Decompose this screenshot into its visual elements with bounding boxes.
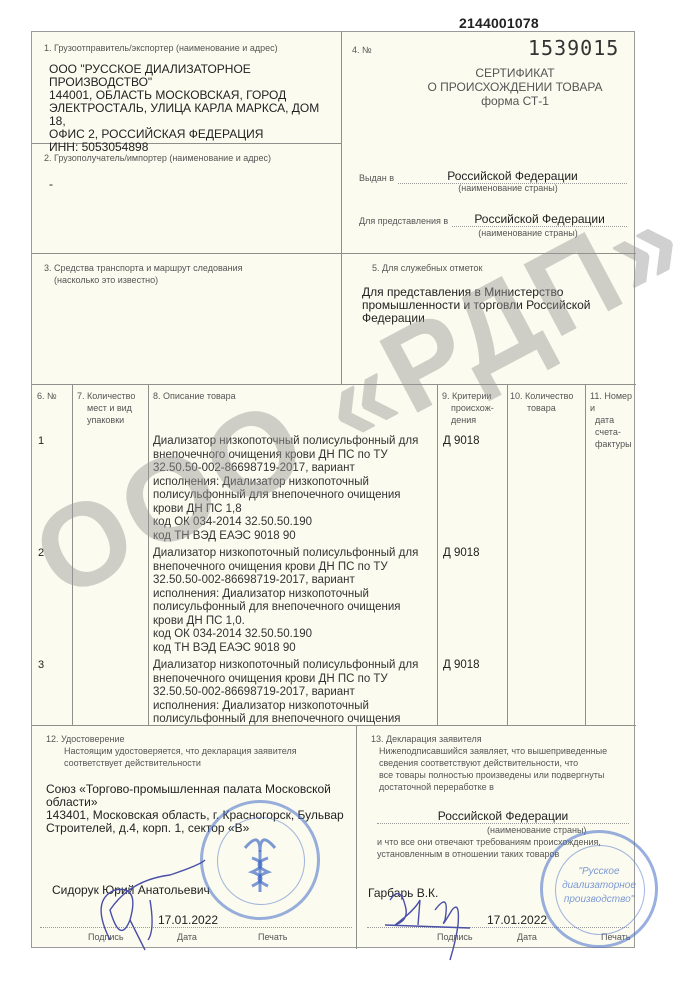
form-serial-number: 1539015	[528, 36, 619, 60]
declaration-text: достаточной переработке в	[379, 781, 633, 793]
description-line: крови ДН ПС 1,0.	[153, 615, 438, 629]
row-number: 1	[38, 435, 44, 448]
title-line: форма СТ-1	[410, 94, 620, 108]
description-line: Диализатор низкопоточный полисульфонный …	[153, 547, 438, 561]
header-packages: 7. Количество мест и вид упаковки	[77, 390, 147, 426]
description-line: полисульфонный для внепочечного очищения	[153, 489, 438, 503]
box-declaration: 13. Декларация заявителя Нижеподписавший…	[371, 733, 633, 793]
description-line: внепочечного очищения крови ДН ПС по ТУ	[153, 673, 438, 687]
description-line: код ОК 034-2014 32.50.50.190	[153, 628, 438, 642]
certification-label: 12. Удостоверение	[46, 733, 351, 745]
description-line: крови ДН ПС 1,8	[153, 503, 438, 517]
title-line: СЕРТИФИКАТ	[410, 66, 620, 80]
presented-in-label: Для представления в	[359, 215, 448, 227]
goods-description: Диализатор низкопоточный полисульфонный …	[153, 435, 438, 543]
declaration-country-caption: (наименование страны)	[487, 824, 586, 836]
presented-in-row: Для представления в Российской Федерации…	[359, 212, 627, 239]
header-text: фактуры	[590, 438, 636, 450]
box-number-label: 4. №	[352, 40, 372, 58]
declaration-text: и что все они отвечают требованиям проис…	[377, 836, 632, 848]
description-line: 32.50.50-002-86698719-2017, вариант	[153, 462, 438, 476]
caption-signature: Подпись	[437, 931, 473, 943]
divider	[148, 384, 149, 725]
presented-in-value: Российской Федерации	[452, 212, 627, 227]
description-line: Диализатор низкопоточный полисульфонный …	[153, 435, 438, 449]
country-caption: (наименование страны)	[429, 227, 627, 239]
header-description: 8. Описание товара	[153, 390, 236, 402]
goods-description: Диализатор низкопоточный полисульфонный …	[153, 659, 438, 727]
box-official-notes: 5. Для служебных отметок Для представлен…	[372, 262, 632, 325]
declaration-country: Российской Федерации	[377, 809, 629, 824]
description-line: код ОК 034-2014 32.50.50.190	[153, 516, 438, 530]
exporter-line: ООО "РУССКОЕ ДИАЛИЗАТОРНОЕ ПРОИЗВОДСТВО"	[49, 63, 339, 89]
importer-label: 2. Грузополучатель/импортер (наименовани…	[44, 152, 339, 164]
box-certification: 12. Удостоверение Настоящим удостоверяет…	[46, 733, 351, 835]
header-no: 6. №	[37, 390, 57, 402]
origin-criteria: Д 9018	[443, 547, 480, 560]
caption-seal: Печать	[601, 931, 630, 943]
official-note-line: Федерации	[362, 312, 632, 325]
header-text: 11. Номер и	[590, 390, 636, 414]
description-line: внепочечного очищения крови ДН ПС по ТУ	[153, 449, 438, 463]
header-text: 7. Количество	[77, 390, 147, 402]
header-text: дата счета-	[590, 414, 636, 438]
header-text: дения	[442, 414, 506, 426]
box-importer: 2. Грузополучатель/импортер (наименовани…	[44, 152, 339, 191]
issued-in-label: Выдан в	[359, 172, 394, 184]
declarant-name: Гарбарь В.К.	[368, 887, 438, 900]
declaration-text: сведения соответствуют действительности,…	[379, 757, 633, 769]
divider	[585, 384, 586, 725]
description-line: полисульфонный для внепочечного очищения	[153, 713, 438, 727]
declaration-label: 13. Декларация заявителя	[371, 733, 633, 745]
description-line: исполнения: Диализатор низкопоточный	[153, 700, 438, 714]
caption-date: Дата	[517, 931, 537, 943]
title-line: О ПРОИСХОЖДЕНИИ ТОВАРА	[410, 80, 620, 94]
goods-description: Диализатор низкопоточный полисульфонный …	[153, 547, 438, 655]
signature-line	[40, 927, 352, 928]
issued-in-row: Выдан в Российской Федерации (наименован…	[359, 169, 627, 194]
divider	[341, 32, 342, 384]
origin-criteria: Д 9018	[443, 659, 480, 672]
exporter-line: ЭЛЕКТРОСТАЛЬ, УЛИЦА КАРЛА МАРКСА, ДОМ 18…	[49, 102, 339, 128]
box-transport: 3. Средства транспорта и маршрут следова…	[44, 262, 339, 286]
header-invoice: 11. Номер и дата счета- фактуры	[590, 390, 636, 450]
header-quantity: 10. Количество товара	[510, 390, 584, 414]
certificate-number: 2144001078	[459, 15, 539, 31]
certification-text: соответствует действительности	[46, 757, 351, 769]
description-line: Диализатор низкопоточный полисульфонный …	[153, 659, 438, 673]
divider	[507, 384, 508, 725]
header-text: мест и вид	[77, 402, 147, 414]
caption-signature: Подпись	[88, 931, 124, 943]
description-line: исполнения: Диализатор низкопоточный	[153, 588, 438, 602]
divider	[32, 384, 636, 385]
certifier-name: Сидорук Юрий Анатольевич	[52, 884, 210, 897]
declaration-text: установленным в отношении таких товаров	[377, 848, 632, 860]
certification-text: Настоящим удостоверяется, что декларация…	[46, 745, 351, 757]
signature-line	[367, 927, 629, 928]
declaration-date: 17.01.2022	[487, 914, 547, 927]
box-exporter: 1. Грузоотправитель/экспортер (наименова…	[44, 42, 339, 154]
caption-date: Дата	[177, 931, 197, 943]
description-line: код ТН ВЭД ЕАЭС 9018 90	[153, 530, 438, 544]
chamber-line: Строителей, д.4, корп. 1, сектор «В»	[46, 822, 351, 835]
description-line: 32.50.50-002-86698719-2017, вариант	[153, 686, 438, 700]
importer-value: -	[44, 178, 339, 191]
transport-sublabel: (насколько это известно)	[44, 274, 339, 286]
header-text: упаковки	[77, 414, 147, 426]
certificate-form: 1. Грузоотправитель/экспортер (наименова…	[31, 31, 635, 948]
description-line: внепочечного очищения крови ДН ПС по ТУ	[153, 561, 438, 575]
certificate-title: СЕРТИФИКАТ О ПРОИСХОЖДЕНИИ ТОВАРА форма …	[410, 66, 620, 108]
header-text: товара	[510, 402, 584, 414]
divider	[356, 725, 357, 949]
divider	[72, 384, 73, 725]
row-number: 2	[38, 547, 44, 560]
declaration-text: Нижеподписавшийся заявляет, что вышеприв…	[379, 745, 633, 757]
description-line: исполнения: Диализатор низкопоточный	[153, 476, 438, 490]
caption-seal: Печать	[258, 931, 287, 943]
declaration-tail: и что все они отвечают требованиям проис…	[377, 836, 632, 860]
divider	[32, 253, 636, 254]
description-line: полисульфонный для внепочечного очищения	[153, 601, 438, 615]
exporter-label: 1. Грузоотправитель/экспортер (наименова…	[44, 42, 339, 54]
transport-label: 3. Средства транспорта и маршрут следова…	[44, 262, 339, 274]
description-line: код ТН ВЭД ЕАЭС 9018 90	[153, 642, 438, 656]
header-criteria: 9. Критерии происхож- дения	[442, 390, 506, 426]
row-number: 3	[38, 659, 44, 672]
certification-date: 17.01.2022	[158, 914, 218, 927]
header-text: 9. Критерии	[442, 390, 506, 402]
origin-criteria: Д 9018	[443, 435, 480, 448]
declaration-text: все товары полностью произведены или под…	[379, 769, 633, 781]
official-notes-label: 5. Для служебных отметок	[372, 262, 632, 274]
number-label: 4. №	[352, 45, 372, 55]
description-line: 32.50.50-002-86698719-2017, вариант	[153, 574, 438, 588]
header-text: происхож-	[442, 402, 506, 414]
header-text: 10. Количество	[510, 390, 584, 402]
